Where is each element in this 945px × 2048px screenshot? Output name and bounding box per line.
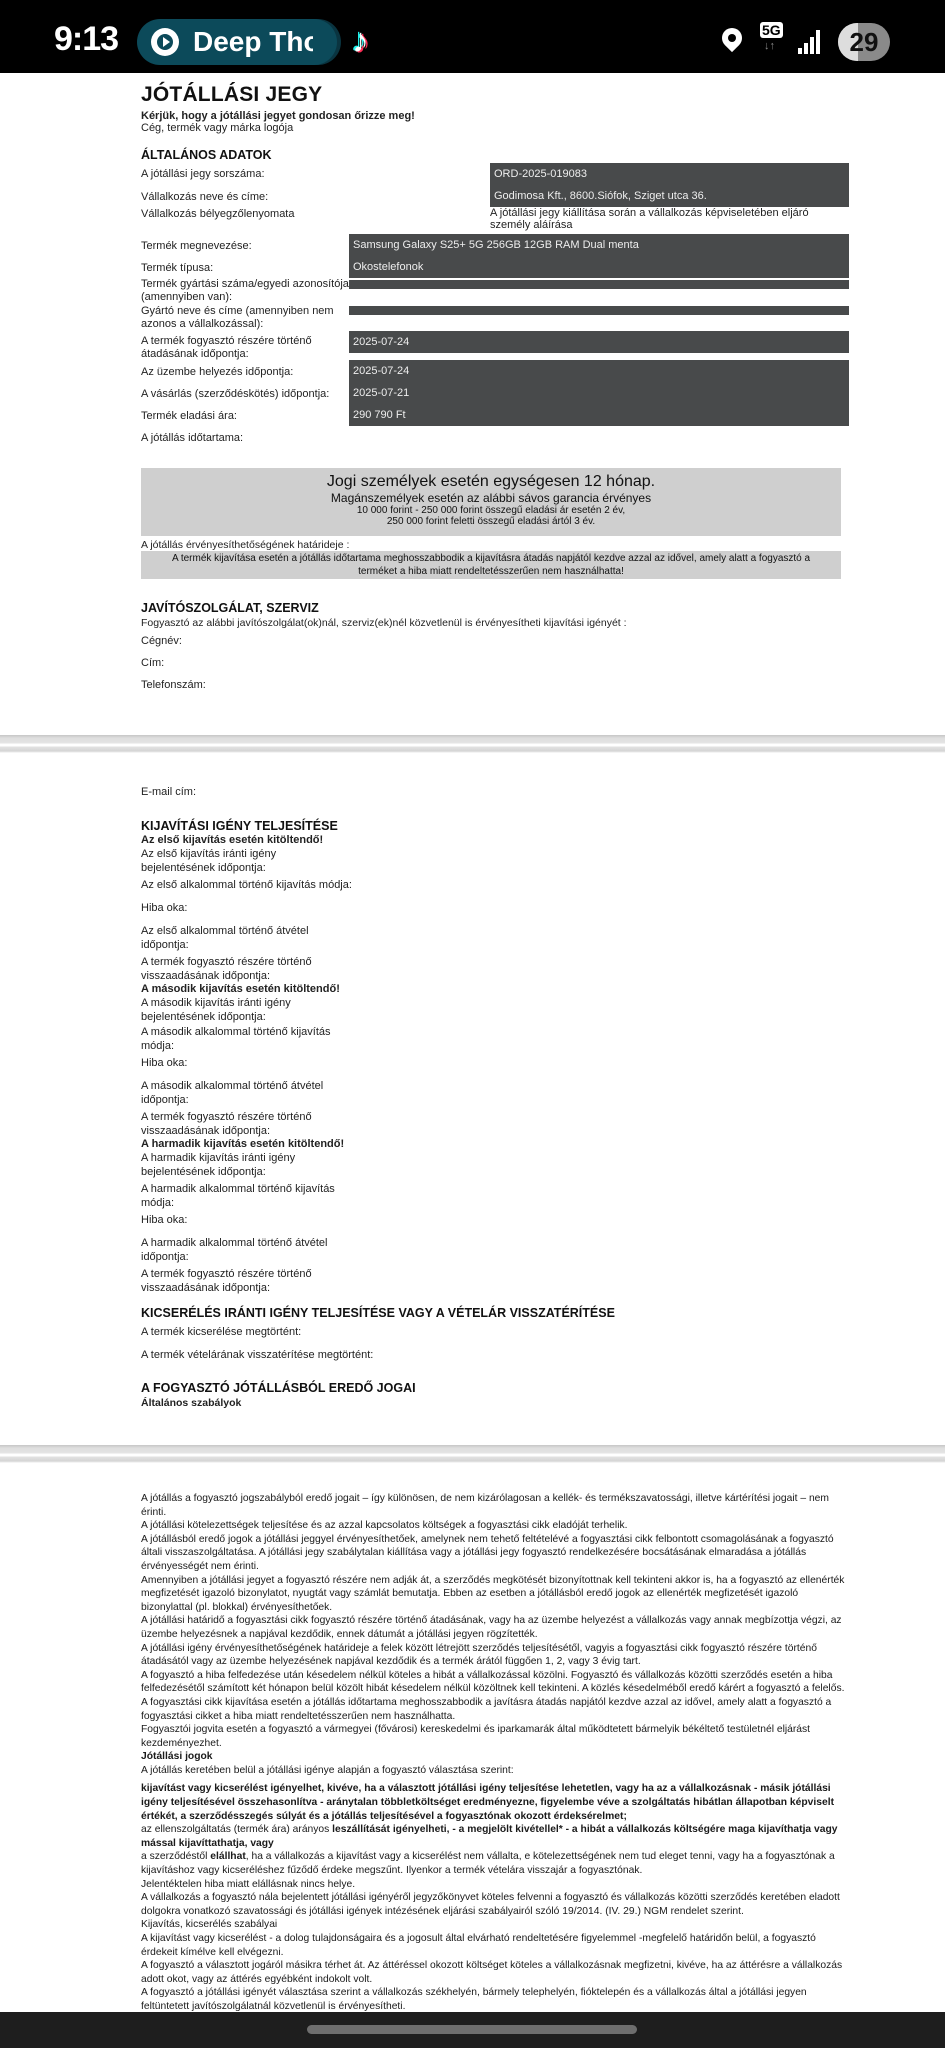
document-page-3: A jótállás a fogyasztó jogszabályból ere… [0,1463,945,2012]
home-gesture-handle[interactable] [307,2025,637,2034]
repair-heading: KIJAVÍTÁSI IGÉNY TELJESÍTÉSE [141,819,338,833]
purchase-date-field[interactable]: 2025-07-21 [349,382,849,404]
product-name-field[interactable]: Samsung Galaxy S25+ 5G 256GB 12GB RAM Du… [349,234,849,256]
price-label: Termék eladási ára: [141,409,237,423]
deadline-note-box: A termék kijavítása esetén a jótállás id… [141,551,841,579]
serial-label: A jótállási jegy sorszáma: [141,167,265,181]
company-field[interactable]: Godimosa Kft., 8600.Siófok, Sziget utca … [490,185,849,207]
refund-label: A termék vételárának visszatérítése megt… [141,1348,373,1362]
replacement-heading: KICSERÉLÉS IRÁNTI IGÉNY TELJESÍTÉSE VAGY… [141,1306,615,1320]
purchase-date-label: A vásárlás (szerződéskötés) időpontja: [141,387,329,401]
rights-paragraph: A jótállás a fogyasztó jogszabályból ere… [141,1492,846,1519]
service-address-label: Cím: [141,656,164,670]
status-bar: 9:13 Deep Tho ♪ 5G ↓↑ 29 [0,0,945,73]
service-heading: JAVÍTÓSZOLGÁLAT, SZERVIZ [141,601,319,615]
company-label: Vállalkozás neve és címe: [141,190,268,204]
rights-paragraph: A fogyasztó a hiba felfedezése után kése… [141,1669,846,1696]
rights-paragraph: A vállalkozás a fogyasztó nála bejelente… [141,1891,846,1918]
second-cause-label: Hiba oka: [141,1056,187,1070]
manufacturer-label: Gyártó neve és címe (amennyiben nem azon… [141,305,341,331]
third-pickup-label: A harmadik alkalommal történő átvétel id… [141,1236,341,1264]
warranty-line-4: 250 000 forint feletti összegű eladási á… [141,516,841,527]
serial-number-label: Termék gyártási száma/egyedi azonosítója… [141,278,349,304]
product-type-field[interactable]: Okostelefonok [349,256,849,278]
rights-paragraph: kijavítást vagy kicserélést igényelhet, … [141,1782,846,1823]
service-intro: Fogyasztó az alábbi javítószolgálat(ok)n… [141,616,627,630]
general-rules-heading: Általános szabályok [141,1396,241,1410]
clock: 9:13 [54,20,118,59]
battery-level: 29 [838,27,890,58]
rights-paragraph: a szerződéstől elállhat, ha a vállalkozá… [141,1850,846,1877]
rights-heading: A FOGYASZTÓ JÓTÁLLÁSBÓL EREDŐ JOGAI [141,1381,416,1395]
rights-paragraph: A kijavítást vagy kicserélést - a dolog … [141,1932,846,1959]
rights-paragraph: A jótállás keretében belül a jótállási i… [141,1764,846,1778]
rights-paragraph: A fogyasztási cikk kijavítása esetén a j… [141,1696,846,1723]
data-arrows-icon: ↓↑ [764,40,775,52]
warranty-terms-box: Jogi személyek esetén egységesen 12 hóna… [141,468,841,536]
rights-paragraph: Jelentéktelen hiba miatt elállásnak ninc… [141,1878,846,1892]
signature-note: A jótállási jegy kiállítása során a váll… [490,207,850,231]
handover-field[interactable]: 2025-07-24 [349,331,849,353]
rights-paragraph: az ellenszolgáltatás (termék ára) arányo… [141,1823,846,1850]
stamp-label: Vállalkozás bélyegzőlenyomata [141,207,294,221]
rights-paragraph: A fogyasztó a választott jogáról másikra… [141,1959,846,1986]
warranty-line-1: Jogi személyek esetén egységesen 12 hóna… [141,473,841,491]
serial-field[interactable]: ORD-2025-019083 [490,163,849,185]
rights-paragraph: A jótállási határidő a fogyasztási cikk … [141,1614,846,1641]
network-5g-icon: 5G [760,22,783,38]
second-repair-heading: A második kijavítás esetén kitöltendő! [141,982,340,996]
page-break [0,1445,945,1463]
deadline-label: A jótállás érvényesíthetőségének határid… [141,538,349,552]
media-notification-pill[interactable]: Deep Tho [137,19,337,65]
tiktok-icon: ♪ [352,22,369,61]
serial-number-field[interactable] [349,280,849,289]
rights-paragraph: Fogyasztói jogvita esetén a fogyasztó a … [141,1723,846,1750]
product-type-label: Termék típusa: [141,261,213,275]
first-return-label: A termék fogyasztó részére történő vissz… [141,955,321,983]
document-page-2: E-mail cím: KIJAVÍTÁSI IGÉNY TELJESÍTÉSE… [0,753,945,1443]
rights-paragraph: Amennyiben a jótállási jegyet a fogyaszt… [141,1574,846,1615]
rights-paragraph: A jótállási kötelezettségek teljesítése … [141,1519,846,1533]
rights-paragraph: A jótállási igény érvényesíthetőségének … [141,1642,846,1669]
battery-icon: 29 [838,23,890,61]
first-repair-heading: Az első kijavítás esetén kitöltendő! [141,833,323,847]
price-field[interactable]: 290 790 Ft [349,404,849,426]
install-date-field[interactable]: 2025-07-24 [349,360,849,382]
first-cause-label: Hiba oka: [141,901,187,915]
first-request-label: Az első kijavítás iránti igény bejelenté… [141,847,351,875]
third-return-label: A termék fogyasztó részére történő vissz… [141,1267,321,1295]
third-cause-label: Hiba oka: [141,1213,187,1227]
third-repair-heading: A harmadik kijavítás esetén kitöltendő! [141,1137,344,1151]
rights-paragraph: A jótállásból eredő jogok a jótállási je… [141,1533,846,1574]
logo-placeholder: Cég, termék vagy márka logója [141,121,293,135]
warranty-line-2: Magánszemélyek esetén az alábbi sávos ga… [141,491,841,505]
second-request-label: A második kijavítás iránti igény bejelen… [141,996,301,1024]
warranty-line-3: 10 000 forint - 250 000 forint összegű e… [141,505,841,516]
service-email-label: E-mail cím: [141,785,196,799]
third-request-label: A harmadik kijavítás iránti igény bejele… [141,1151,301,1179]
warranty-rights-heading: Jótállási jogok [141,1750,846,1764]
page-break [0,735,945,753]
third-method-label: A harmadik alkalommal történő kijavítás … [141,1182,341,1210]
general-data-heading: ÁLTALÁNOS ADATOK [141,148,272,162]
document-page-1: JÓTÁLLÁSI JEGY Kérjük, hogy a jótállási … [0,73,945,733]
document-title: JÓTÁLLÁSI JEGY [141,83,322,107]
rights-text: A jótállás a fogyasztó jogszabályból ere… [141,1492,846,2012]
install-date-label: Az üzembe helyezés időpontja: [141,365,293,379]
service-phone-label: Telefonszám: [141,678,206,692]
second-pickup-label: A második alkalommal történő átvétel idő… [141,1079,341,1107]
duration-label: A jótállás időtartama: [141,431,243,445]
second-return-label: A termék fogyasztó részére történő vissz… [141,1110,321,1138]
first-method-label: Az első alkalommal történő kijavítás mód… [141,878,361,892]
rights-paragraph: A fogyasztó a jótállási igényét választá… [141,1986,846,2012]
signal-icon [798,28,824,54]
rights-paragraph: Kijavítás, kicserélés szabályai [141,1918,846,1932]
location-icon [718,24,746,52]
product-name-label: Termék megnevezése: [141,239,252,253]
manufacturer-field[interactable] [349,306,849,315]
service-company-label: Cégnév: [141,634,182,648]
handover-label: A termék fogyasztó részére történő átadá… [141,335,341,361]
replaced-label: A termék kicserélése megtörtént: [141,1325,301,1339]
media-title: Deep Tho [193,26,313,58]
second-method-label: A második alkalommal történő kijavítás m… [141,1025,341,1053]
first-pickup-label: Az első alkalommal történő átvétel időpo… [141,924,321,952]
navigation-bar [0,2012,945,2048]
play-circle-icon [151,28,179,56]
